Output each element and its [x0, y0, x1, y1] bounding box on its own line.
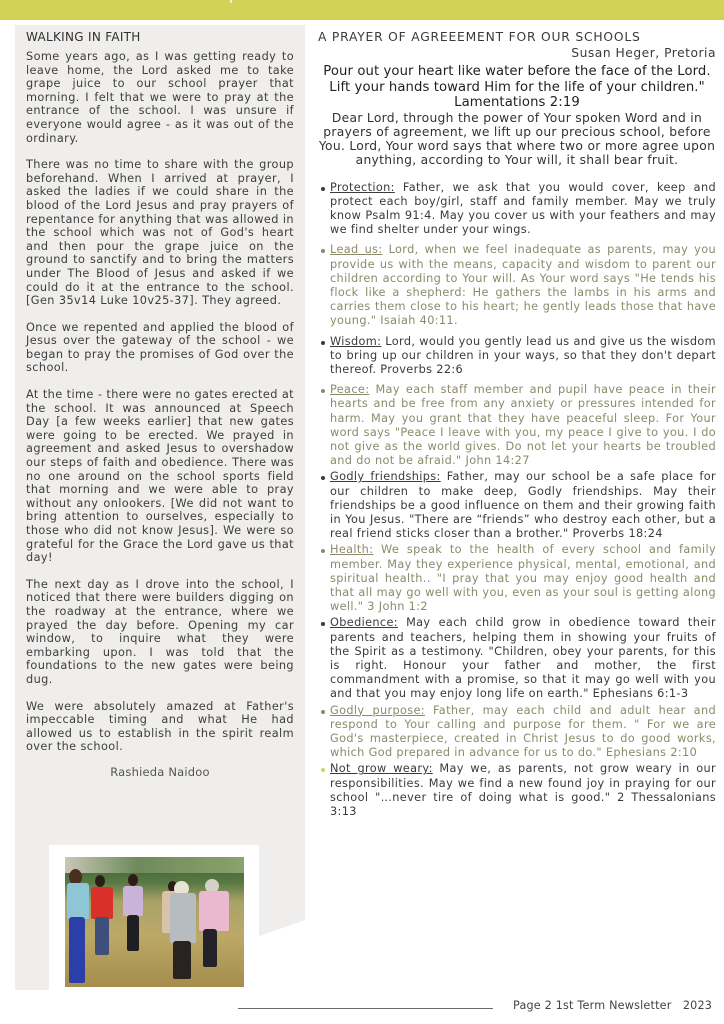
left-article: WALKING IN FAITH Some years ago, as I wa…: [26, 30, 294, 779]
prayer-item-obedience: Obedience: May each child grow in obedie…: [330, 616, 716, 701]
person-head: [128, 874, 138, 886]
page-footer: Page 2 1st Term Newsletter 2023: [513, 999, 712, 1012]
header-bar: [0, 0, 724, 20]
left-article-paragraph: We were absolutely amazed at Father's im…: [26, 700, 294, 754]
prayer-list: Protection: Father, we ask that you woul…: [318, 181, 716, 820]
person-body: [67, 883, 89, 919]
person-body: [123, 886, 143, 916]
person-body: [170, 893, 196, 943]
prayer-item-text: We speak to the health of every school a…: [330, 543, 716, 613]
left-article-paragraph: Some years ago, as I was getting ready t…: [26, 50, 294, 145]
prayer-item-godly-friendships: Godly friendships: Father, may our schoo…: [330, 470, 716, 541]
prayer-item-label: Health:: [330, 543, 373, 556]
prayer-item-protection: Protection: Father, we ask that you woul…: [330, 181, 716, 238]
prayer-item-label: Peace:: [330, 383, 369, 396]
group-prayer-photo: [65, 857, 244, 987]
photo-frame: [49, 845, 259, 1000]
photo-trees: [65, 857, 244, 873]
left-article-paragraph: At the time - there were no gates erecte…: [26, 388, 294, 565]
person-legs: [69, 917, 85, 983]
prayer-item-text: Lord, would you gently lead us and give …: [330, 335, 716, 376]
prayer-item-label: Wisdom:: [330, 335, 381, 348]
person-head: [95, 875, 105, 887]
person-legs: [203, 929, 217, 967]
prayer-item-peace: Peace: May each staff member and pupil h…: [330, 383, 716, 468]
prayer-item-label: Godly friendships:: [330, 470, 441, 483]
prayer-item-label: Lead us:: [330, 243, 383, 256]
left-article-paragraph: The next day as I drove into the school,…: [26, 578, 294, 687]
prayer-item-not-grow-weary: Not grow weary: May we, as parents, not …: [330, 762, 716, 819]
right-article: A PRAYER OF AGREEEMENT FOR OUR SCHOOLS S…: [318, 30, 716, 821]
prayer-item-health: Health: We speak to the health of every …: [330, 543, 716, 614]
left-article-paragraph: There was no time to share with the grou…: [26, 158, 294, 308]
prayer-item-text: Lord, when we feel inadequate as parents…: [330, 243, 716, 327]
prayer-item-label: Obedience:: [330, 616, 398, 629]
scripture-verse: Pour out your heart like water before th…: [318, 64, 716, 111]
person-legs: [173, 941, 191, 979]
person-body: [199, 891, 229, 931]
footer-divider: [238, 1008, 493, 1009]
prayer-intro: Dear Lord, through the power of Your spo…: [318, 111, 716, 167]
prayer-item-label: Not grow weary:: [330, 762, 433, 775]
prayer-item-godly-purpose: Godly purpose: Father, may each child an…: [330, 704, 716, 761]
left-article-author: Rashieda Naidoo: [26, 765, 294, 779]
person-body: [91, 887, 113, 919]
header-dot: [230, 0, 232, 3]
prayer-item-label: Protection:: [330, 181, 395, 194]
right-article-author: Susan Heger, Pretoria: [318, 46, 716, 60]
person-legs: [95, 917, 109, 955]
prayer-item-lead-us: Lead us: Lord, when we feel inadequate a…: [330, 243, 716, 328]
left-article-title: WALKING IN FAITH: [26, 30, 294, 44]
prayer-item-label: Godly purpose:: [330, 704, 425, 717]
left-article-paragraph: Once we repented and applied the blood o…: [26, 321, 294, 375]
prayer-item-text: May each staff member and pupil have pea…: [330, 383, 716, 467]
prayer-item-wisdom: Wisdom: Lord, would you gently lead us a…: [330, 335, 716, 378]
person-legs: [127, 915, 139, 951]
right-article-title: A PRAYER OF AGREEEMENT FOR OUR SCHOOLS: [318, 30, 716, 44]
